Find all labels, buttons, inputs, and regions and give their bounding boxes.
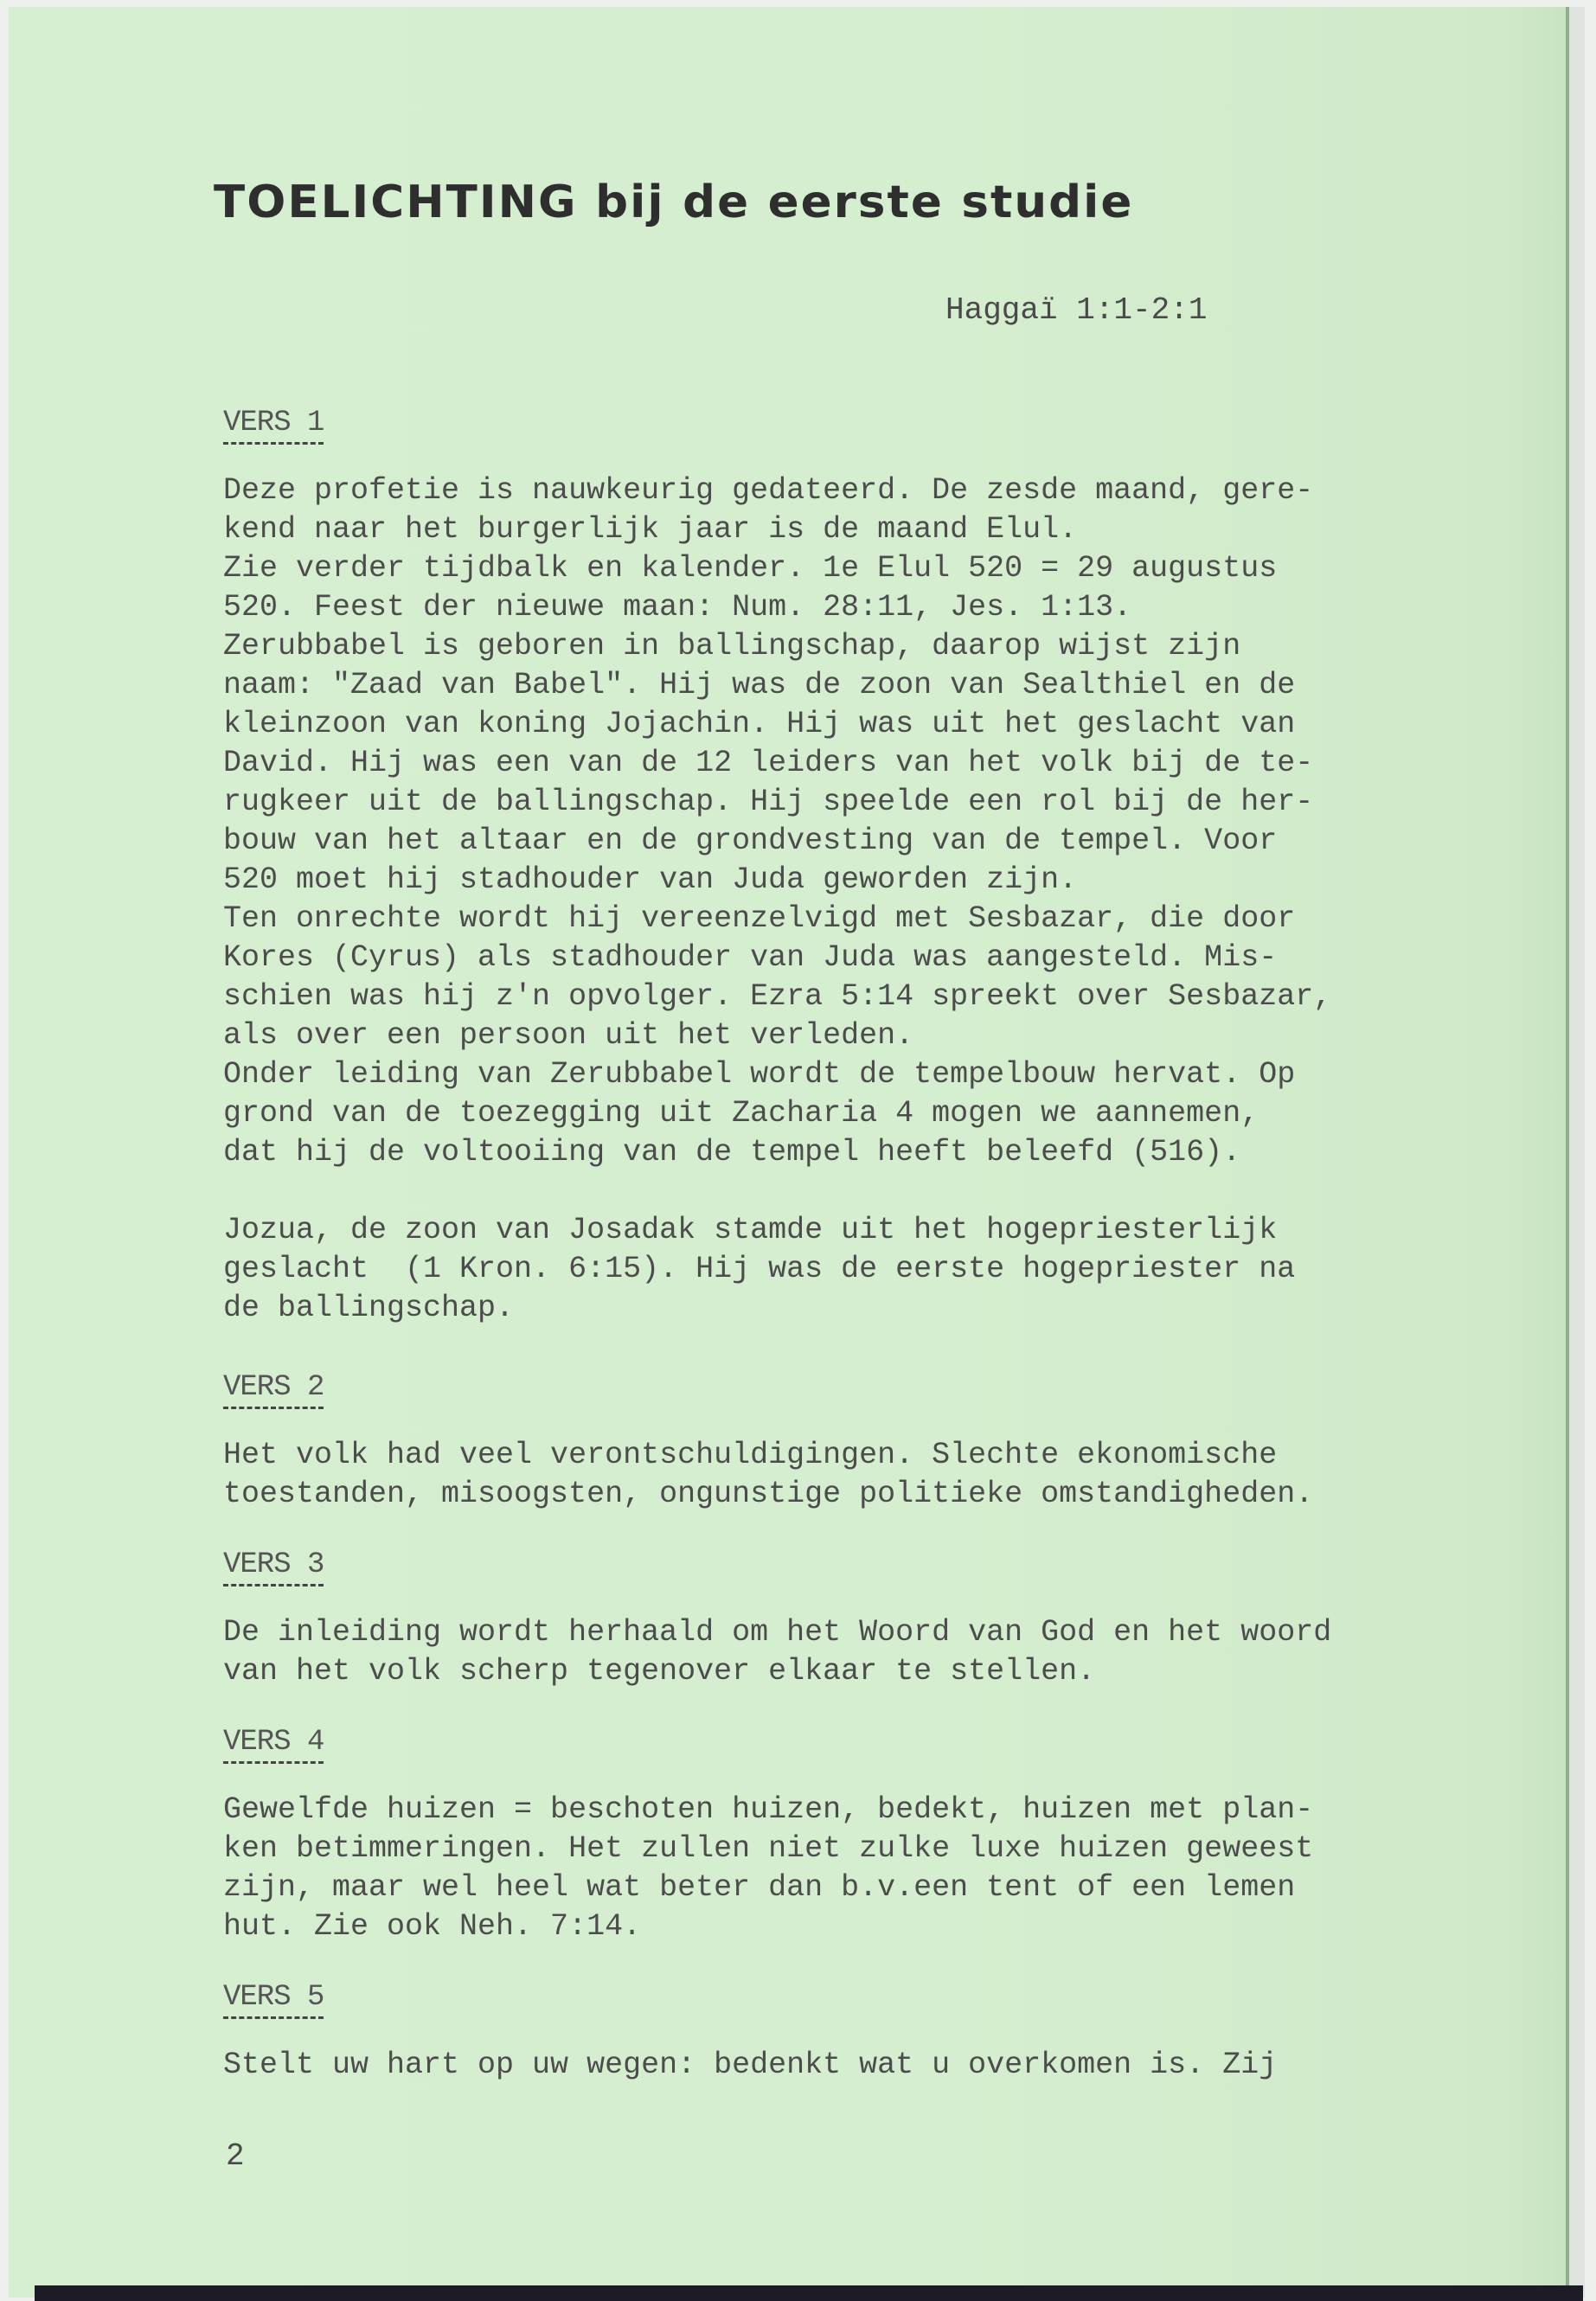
page-number: 2	[226, 2138, 245, 2174]
section-heading: VERS 1	[223, 407, 324, 439]
section-heading: VERS 4	[223, 1726, 324, 1759]
scan-margin	[1569, 7, 1585, 2298]
section-heading: VERS 2	[223, 1371, 324, 1404]
section-paragraph: De inleiding wordt herhaald om het Woord…	[223, 1613, 1460, 1691]
section-vers-3: VERS 3 De inleiding wordt herhaald om he…	[223, 1548, 1460, 1691]
scripture-reference: Haggaï 1:1-2:1	[945, 292, 1207, 328]
section-heading: VERS 5	[223, 1981, 324, 2014]
section-paragraph: Het volk had veel verontschuldigingen. S…	[223, 1436, 1460, 1514]
document-title: TOELICHTING bij de eerste studie	[214, 176, 1133, 228]
section-vers-2: VERS 2 Het volk had veel verontschuldigi…	[223, 1371, 1460, 1514]
section-heading: VERS 3	[223, 1548, 324, 1581]
section-vers-5: VERS 5 Stelt uw hart op uw wegen: bedenk…	[223, 1981, 1460, 2085]
section-paragraph: Jozua, de zoon van Josadak stamde uit he…	[223, 1211, 1460, 1328]
scan-bottom-edge	[35, 2285, 1583, 2301]
section-paragraph: Gewelfde huizen = beschoten huizen, bede…	[223, 1791, 1460, 1946]
section-paragraph: Deze profetie is nauwkeurig gedateerd. D…	[223, 471, 1460, 1172]
section-paragraph: Stelt uw hart op uw wegen: bedenkt wat u…	[223, 2046, 1460, 2085]
section-vers-1: VERS 1 Deze profetie is nauwkeurig gedat…	[223, 407, 1460, 1328]
section-vers-4: VERS 4 Gewelfde huizen = beschoten huize…	[223, 1726, 1460, 1946]
